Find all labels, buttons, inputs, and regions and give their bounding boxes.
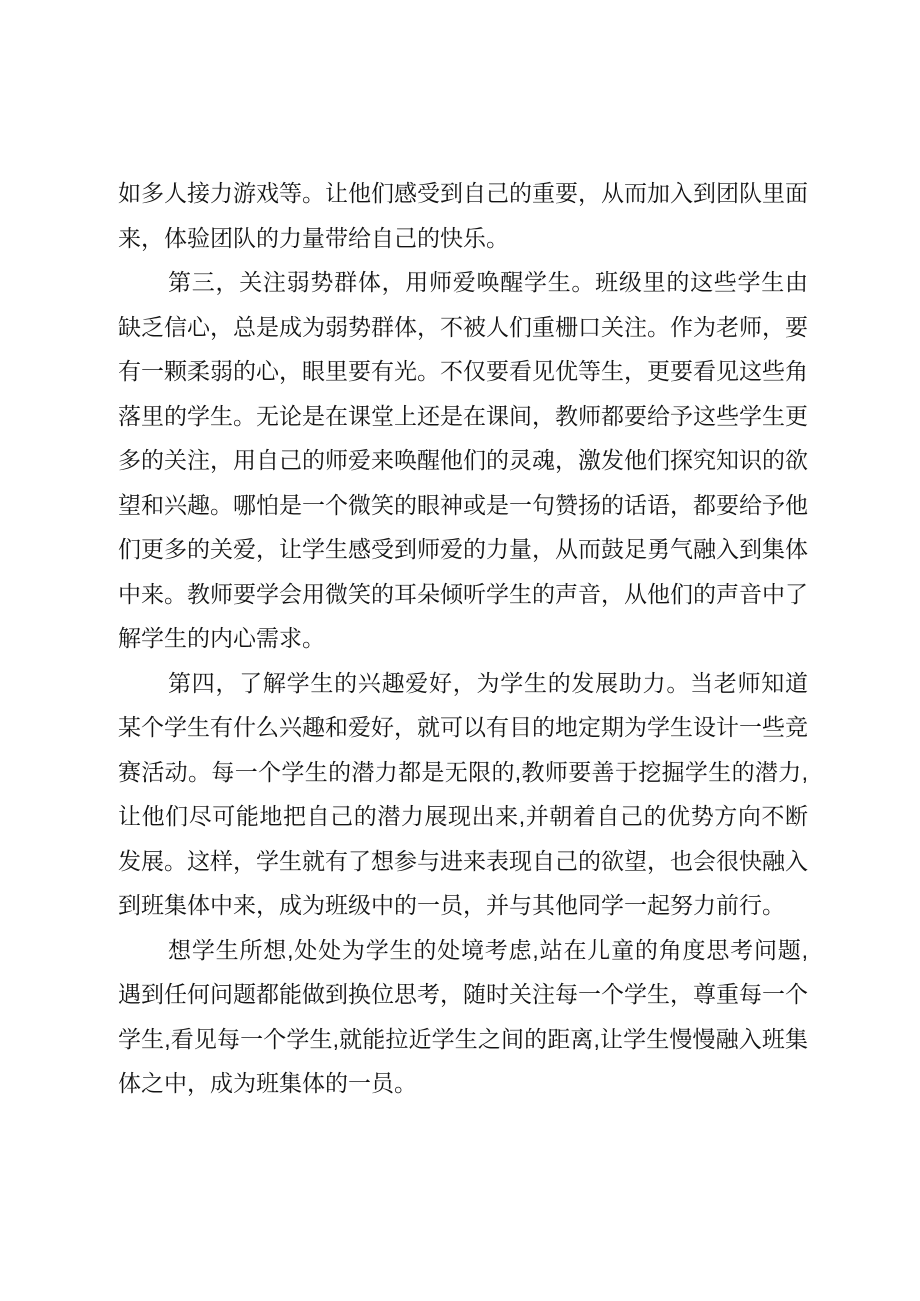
- document-page: 如多人接力游戏等。让他们感受到自己的重要，从而加入到团队里面来，体验团队的力量带…: [0, 0, 920, 1301]
- text-line: 发展。这样，学生就有了想参与进来表现自己的欲望，也会很快融入: [118, 839, 808, 884]
- text-line: 遇到任何问题都能做到换位思考，随时关注每一个学生，尊重每一个: [118, 972, 808, 1017]
- text-line: 体之中，成为班集体的一员。: [118, 1061, 808, 1106]
- text-line: 赛活动。每一个学生的潜力都是无限的,教师要善于挖掘学生的潜力,: [118, 750, 808, 795]
- paragraph: 第四，了解学生的兴趣爱好，为学生的发展助力。当老师知道了某个学生有什么兴趣和爱好…: [118, 661, 808, 928]
- text-line: 如多人接力游戏等。让他们感受到自己的重要，从而加入到团队里面: [118, 171, 808, 216]
- text-line: 解学生的内心需求。: [118, 616, 808, 661]
- text-line: 多的关注，用自己的师爱来唤醒他们的灵魂，激发他们探究知识的欲: [118, 438, 808, 483]
- text-line: 们更多的关爱，让学生感受到师爱的力量，从而鼓足勇气融入到集体: [118, 527, 808, 572]
- text-line: 中来。教师要学会用微笑的耳朵倾听学生的声音，从他们的声音中了: [118, 572, 808, 617]
- text-line: 第四，了解学生的兴趣爱好，为学生的发展助力。当老师知道了: [118, 661, 808, 706]
- text-line: 第三，关注弱势群体，用师爱唤醒学生。班级里的这些学生由于: [118, 260, 808, 305]
- paragraph: 想学生所想,处处为学生的处境考虑,站在儿童的角度思考问题,遇到任何问题都能做到换…: [118, 928, 808, 1106]
- text-line: 到班集体中来，成为班级中的一员，并与其他同学一起努力前行。: [118, 883, 808, 928]
- text-line: 让他们尽可能地把自己的潜力展现出来,并朝着自己的优势方向不断: [118, 794, 808, 839]
- text-line: 某个学生有什么兴趣和爱好，就可以有目的地定期为学生设计一些竞: [118, 705, 808, 750]
- paragraph: 如多人接力游戏等。让他们感受到自己的重要，从而加入到团队里面来，体验团队的力量带…: [118, 171, 808, 260]
- document-body-text: 如多人接力游戏等。让他们感受到自己的重要，从而加入到团队里面来，体验团队的力量带…: [118, 171, 808, 1106]
- text-line: 来，体验团队的力量带给自己的快乐。: [118, 216, 808, 261]
- text-line: 学生,看见每一个学生,就能拉近学生之间的距离,让学生慢慢融入班集: [118, 1017, 808, 1062]
- text-line: 想学生所想,处处为学生的处境考虑,站在儿童的角度思考问题,: [118, 928, 808, 973]
- text-line: 有一颗柔弱的心，眼里要有光。不仅要看见优等生，更要看见这些角: [118, 349, 808, 394]
- text-line: 落里的学生。无论是在课堂上还是在课间，教师都要给予这些学生更: [118, 394, 808, 439]
- text-line: 缺乏信心，总是成为弱势群体，不被人们重栅口关注。作为老师，要: [118, 305, 808, 350]
- text-line: 望和兴趣。哪怕是一个微笑的眼神或是一句赞扬的话语，都要给予他: [118, 483, 808, 528]
- paragraph: 第三，关注弱势群体，用师爱唤醒学生。班级里的这些学生由于缺乏信心，总是成为弱势群…: [118, 260, 808, 661]
